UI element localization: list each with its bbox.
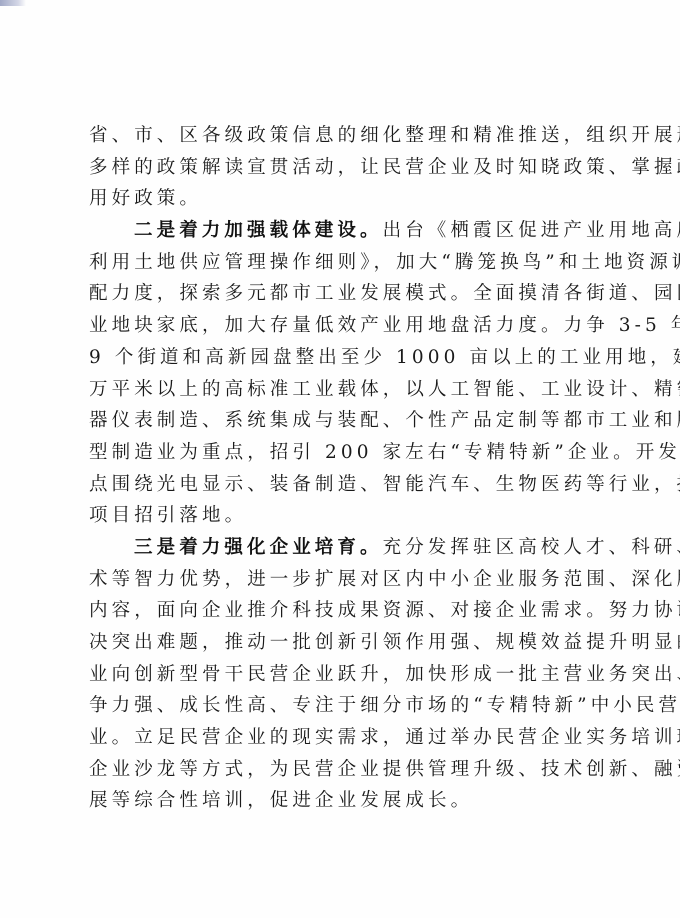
text-line: 多样的政策解读宣贯活动，让民营企业及时知晓政策、掌握政策、 [89, 152, 599, 184]
text-line: 业地块家底，加大存量低效产业用地盘活力度。力争 3-5 年内， [89, 310, 599, 342]
text-line: 业。立足民营企业的现实需求，通过举办民营企业实务培训班、 [89, 722, 599, 754]
paragraph-first-line: 二是着力加强载体建设。出台《栖霞区促进产业用地高质量 [89, 215, 599, 247]
text-line: 器仪表制造、系统集成与装配、个性产品定制等都市工业和服务 [89, 405, 599, 437]
text-span: 充分发挥驻区高校人才、科研、技 [383, 537, 680, 558]
paragraph-heading: 二是着力加强载体建设。 [134, 220, 383, 241]
text-line: 决突出难题，推动一批创新引领作用强、规模效益提升明显的企 [89, 627, 599, 659]
text-line: 利用土地供应管理操作细则》，加大“腾笼换鸟”和土地资源调 [89, 247, 599, 279]
scan-artifact [0, 0, 26, 6]
paragraph-first-line: 三是着力强化企业培育。充分发挥驻区高校人才、科研、技 [89, 532, 599, 564]
text-line: 点围绕光电显示、装备制造、智能汽车、生物医药等行业，抓好 [89, 469, 599, 501]
text-line: 省、市、区各级政策信息的细化整理和精准推送，组织开展形式 [89, 120, 599, 152]
text-span: 出台《栖霞区促进产业用地高质量 [383, 220, 680, 241]
text-line: 用好政策。 [89, 183, 599, 215]
paragraph-enterprise-cultivation: 三是着力强化企业培育。充分发挥驻区高校人才、科研、技 术等智力优势，进一步扩展对… [89, 532, 599, 817]
paragraph-policy-promotion: 省、市、区各级政策信息的细化整理和精准推送，组织开展形式 多样的政策解读宣贯活动… [89, 120, 599, 215]
text-line: 业向创新型骨干民营企业跃升，加快形成一批主营业务突出、竞 [89, 659, 599, 691]
document-page: 省、市、区各级政策信息的细化整理和精准推送，组织开展形式 多样的政策解读宣贯活动… [0, 0, 680, 918]
document-body: 省、市、区各级政策信息的细化整理和精准推送，组织开展形式 多样的政策解读宣贯活动… [89, 120, 599, 817]
text-line: 万平米以上的高标准工业载体，以人工智能、工业设计、精密仪 [89, 374, 599, 406]
text-line: 争力强、成长性高、专注于细分市场的“专精特新”中小民营企 [89, 690, 599, 722]
text-line: 展等综合性培训，促进企业发展成长。 [89, 785, 599, 817]
text-line: 配力度，探索多元都市工业发展模式。全面摸清各街道、园区产 [89, 278, 599, 310]
paragraph-carrier-construction: 二是着力加强载体建设。出台《栖霞区促进产业用地高质量 利用土地供应管理操作细则》… [89, 215, 599, 532]
text-line: 内容，面向企业推介科技成果资源、对接企业需求。努力协调解 [89, 595, 599, 627]
text-line: 术等智力优势，进一步扩展对区内中小企业服务范围、深化服务 [89, 564, 599, 596]
text-line: 企业沙龙等方式，为民营企业提供管理升级、技术创新、融资发 [89, 754, 599, 786]
paragraph-heading: 三是着力强化企业培育。 [134, 537, 383, 558]
text-line: 型制造业为重点，招引 200 家左右“专精特新”企业。开发区重 [89, 437, 599, 469]
text-line: 项目招引落地。 [89, 500, 599, 532]
text-line: 9 个街道和高新园盘整出至少 1000 亩以上的工业用地，建设 100 [89, 342, 599, 374]
